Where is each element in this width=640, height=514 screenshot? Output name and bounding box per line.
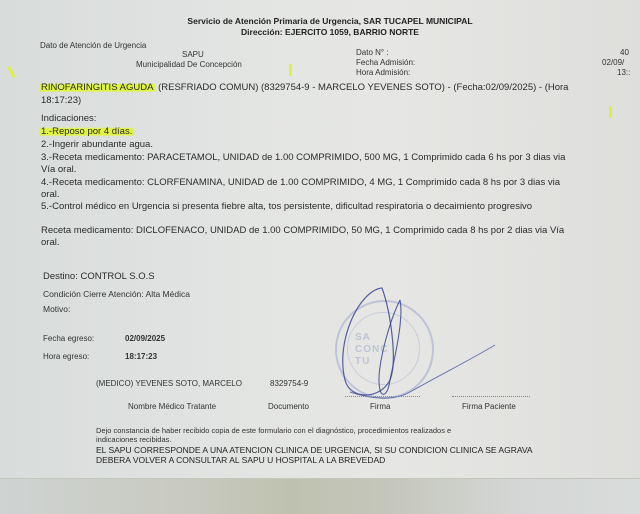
indications-title: Indicaciones:	[41, 113, 96, 124]
municipality: Municipalidad De Concepción	[136, 60, 242, 69]
consent-line-1: Dejo constancia de haber recibido copia …	[96, 426, 451, 435]
highlighter-mark	[289, 64, 292, 76]
condicion-cierre: Condición Cierre Atención: Alta Médica	[43, 289, 190, 299]
extra-prescription: Receta medicamento: DICLOFENACO, UNIDAD …	[41, 225, 564, 236]
diagnosis-highlighted: RINOFARINGITIS AGUDA	[39, 82, 155, 93]
indication-item-3: 3.-Receta medicamento: PARACETAMOL, UNID…	[41, 152, 565, 163]
warning-line-1: EL SAPU CORRESPONDE A UNA ATENCION CLINI…	[96, 445, 533, 455]
header-address: Dirección: EJERCITO 1059, BARRIO NORTE	[10, 27, 640, 37]
section-title: Dato de Atención de Urgencia	[40, 41, 146, 50]
dato-label: Dato N° :	[356, 48, 389, 57]
document-paper: Servicio de Atención Primaria de Urgenci…	[0, 0, 640, 478]
patient-signature-line	[452, 396, 530, 397]
hora-egreso-value: 18:17:23	[125, 352, 157, 361]
diagnosis-line: RINOFARINGITIS AGUDA (RESFRIADO COMUN) (…	[41, 82, 568, 93]
fecha-egreso-value: 02/09/2025	[125, 334, 165, 343]
motivo: Motivo:	[43, 304, 70, 314]
diagnosis-time: 18:17:23)	[41, 95, 81, 106]
label-signature: Firma	[370, 402, 390, 411]
doctor-signature	[320, 280, 520, 405]
photo-background-strip	[0, 478, 640, 514]
dato-value: 40	[620, 48, 629, 57]
doctor-document: 8329754-9	[270, 379, 308, 388]
indication-item-3-cont: Vía oral.	[41, 164, 76, 175]
highlighter-mark	[609, 106, 612, 118]
consent-line-2: indicaciones recibidas.	[96, 435, 171, 444]
indication-item-1: 1.-Reposo por 4 días.	[41, 126, 134, 137]
diagnosis-details: (RESFRIADO COMUN) (8329754-9 - MARCELO Y…	[155, 82, 568, 93]
label-patient-signature: Firma Paciente	[462, 402, 516, 411]
label-document: Documento	[268, 402, 309, 411]
warning-line-2: DEBERA VOLVER A CONSULTAR AL SAPU U HOSP…	[96, 455, 385, 465]
indication-item-5: 5.-Control médico en Urgencia si present…	[41, 201, 532, 212]
highlighter-mark	[7, 66, 16, 78]
hora-admision-value: 13::	[617, 68, 630, 77]
fecha-admision-value: 02/09/	[602, 58, 624, 67]
label-doctor-name: Nombre Médico Tratante	[128, 402, 216, 411]
hora-egreso-label: Hora egreso:	[43, 352, 89, 361]
indication-item-4: 4.-Receta medicamento: CLORFENAMINA, UNI…	[41, 177, 560, 188]
doctor-name: (MEDICO) YEVENES SOTO, MARCELO	[96, 379, 242, 388]
unit-name: SAPU	[182, 50, 204, 59]
indication-item-2: 2.-Ingerir abundante agua.	[41, 139, 153, 150]
destino: Destino: CONTROL S.O.S	[43, 271, 155, 282]
signature-line	[345, 396, 420, 397]
fecha-egreso-label: Fecha egreso:	[43, 334, 94, 343]
fecha-admision-label: Fecha Admisión:	[356, 58, 415, 67]
extra-prescription-cont: oral.	[41, 237, 59, 248]
indication-item-4-cont: oral.	[41, 189, 59, 200]
header-service-title: Servicio de Atención Primaria de Urgenci…	[10, 16, 640, 26]
hora-admision-label: Hora Admisión:	[356, 68, 410, 77]
